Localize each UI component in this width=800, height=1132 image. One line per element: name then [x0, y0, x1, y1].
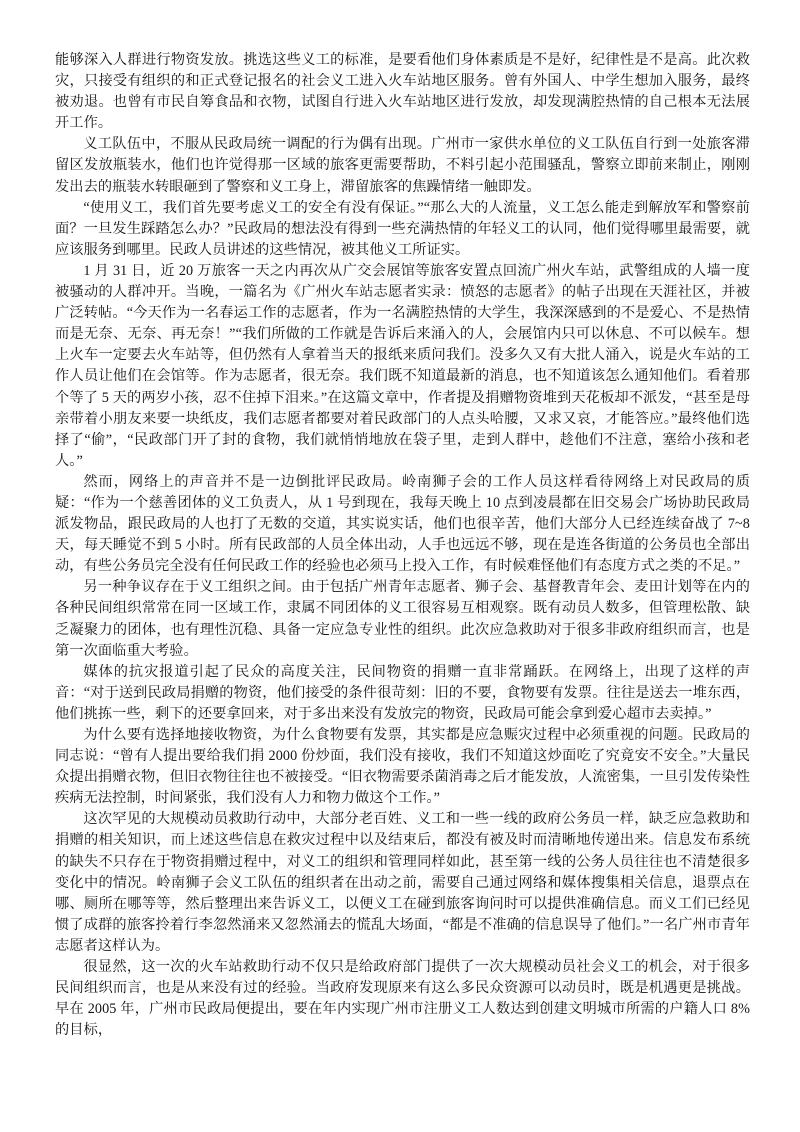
paragraph: 媒体的抗灾报道引起了民众的高度关注，民间物资的捐赠一直非常踊跃。在网络上，出现了… — [55, 662, 750, 725]
document-page: 能够深入人群进行物资发放。挑选这些义工的标准，是要看他们身体素质是不是好，纪律性… — [55, 50, 750, 1041]
paragraph: 另一种争议存在于义工组织之间。由于包括广州青年志愿者、狮子会、基督教青年会、麦田… — [55, 577, 750, 661]
paragraph: 1 月 31 日，近 20 万旅客一天之内再次从广交会展馆等旅客安置点回流广州火… — [55, 261, 750, 472]
paragraph: 这次罕见的大规模动员救助行动中，大部分老百姓、义工和一些一线的政府公务员一样，缺… — [55, 809, 750, 957]
paragraph: 然而，网络上的声音并不是一边倒批评民政局。岭南狮子会的工作人员这样看待网络上对民… — [55, 472, 750, 577]
paragraph: “使用义工，我们首先要考虑义工的安全有没有保证。”“那么大的人流量，义工怎么能走… — [55, 198, 750, 261]
paragraph: 义工队伍中，不服从民政局统一调配的行为偶有出现。广州市一家供水单位的义工队伍自行… — [55, 134, 750, 197]
paragraph: 为什么要有选择地接收物资，为什么食物要有发票，其实都是应急赈灾过程中必须重视的问… — [55, 725, 750, 809]
paragraph: 能够深入人群进行物资发放。挑选这些义工的标准，是要看他们身体素质是不是好，纪律性… — [55, 50, 750, 134]
paragraph: 很显然，这一次的火车站救助行动不仅只是给政府部门提供了一次大规模动员社会义工的机… — [55, 957, 750, 1041]
